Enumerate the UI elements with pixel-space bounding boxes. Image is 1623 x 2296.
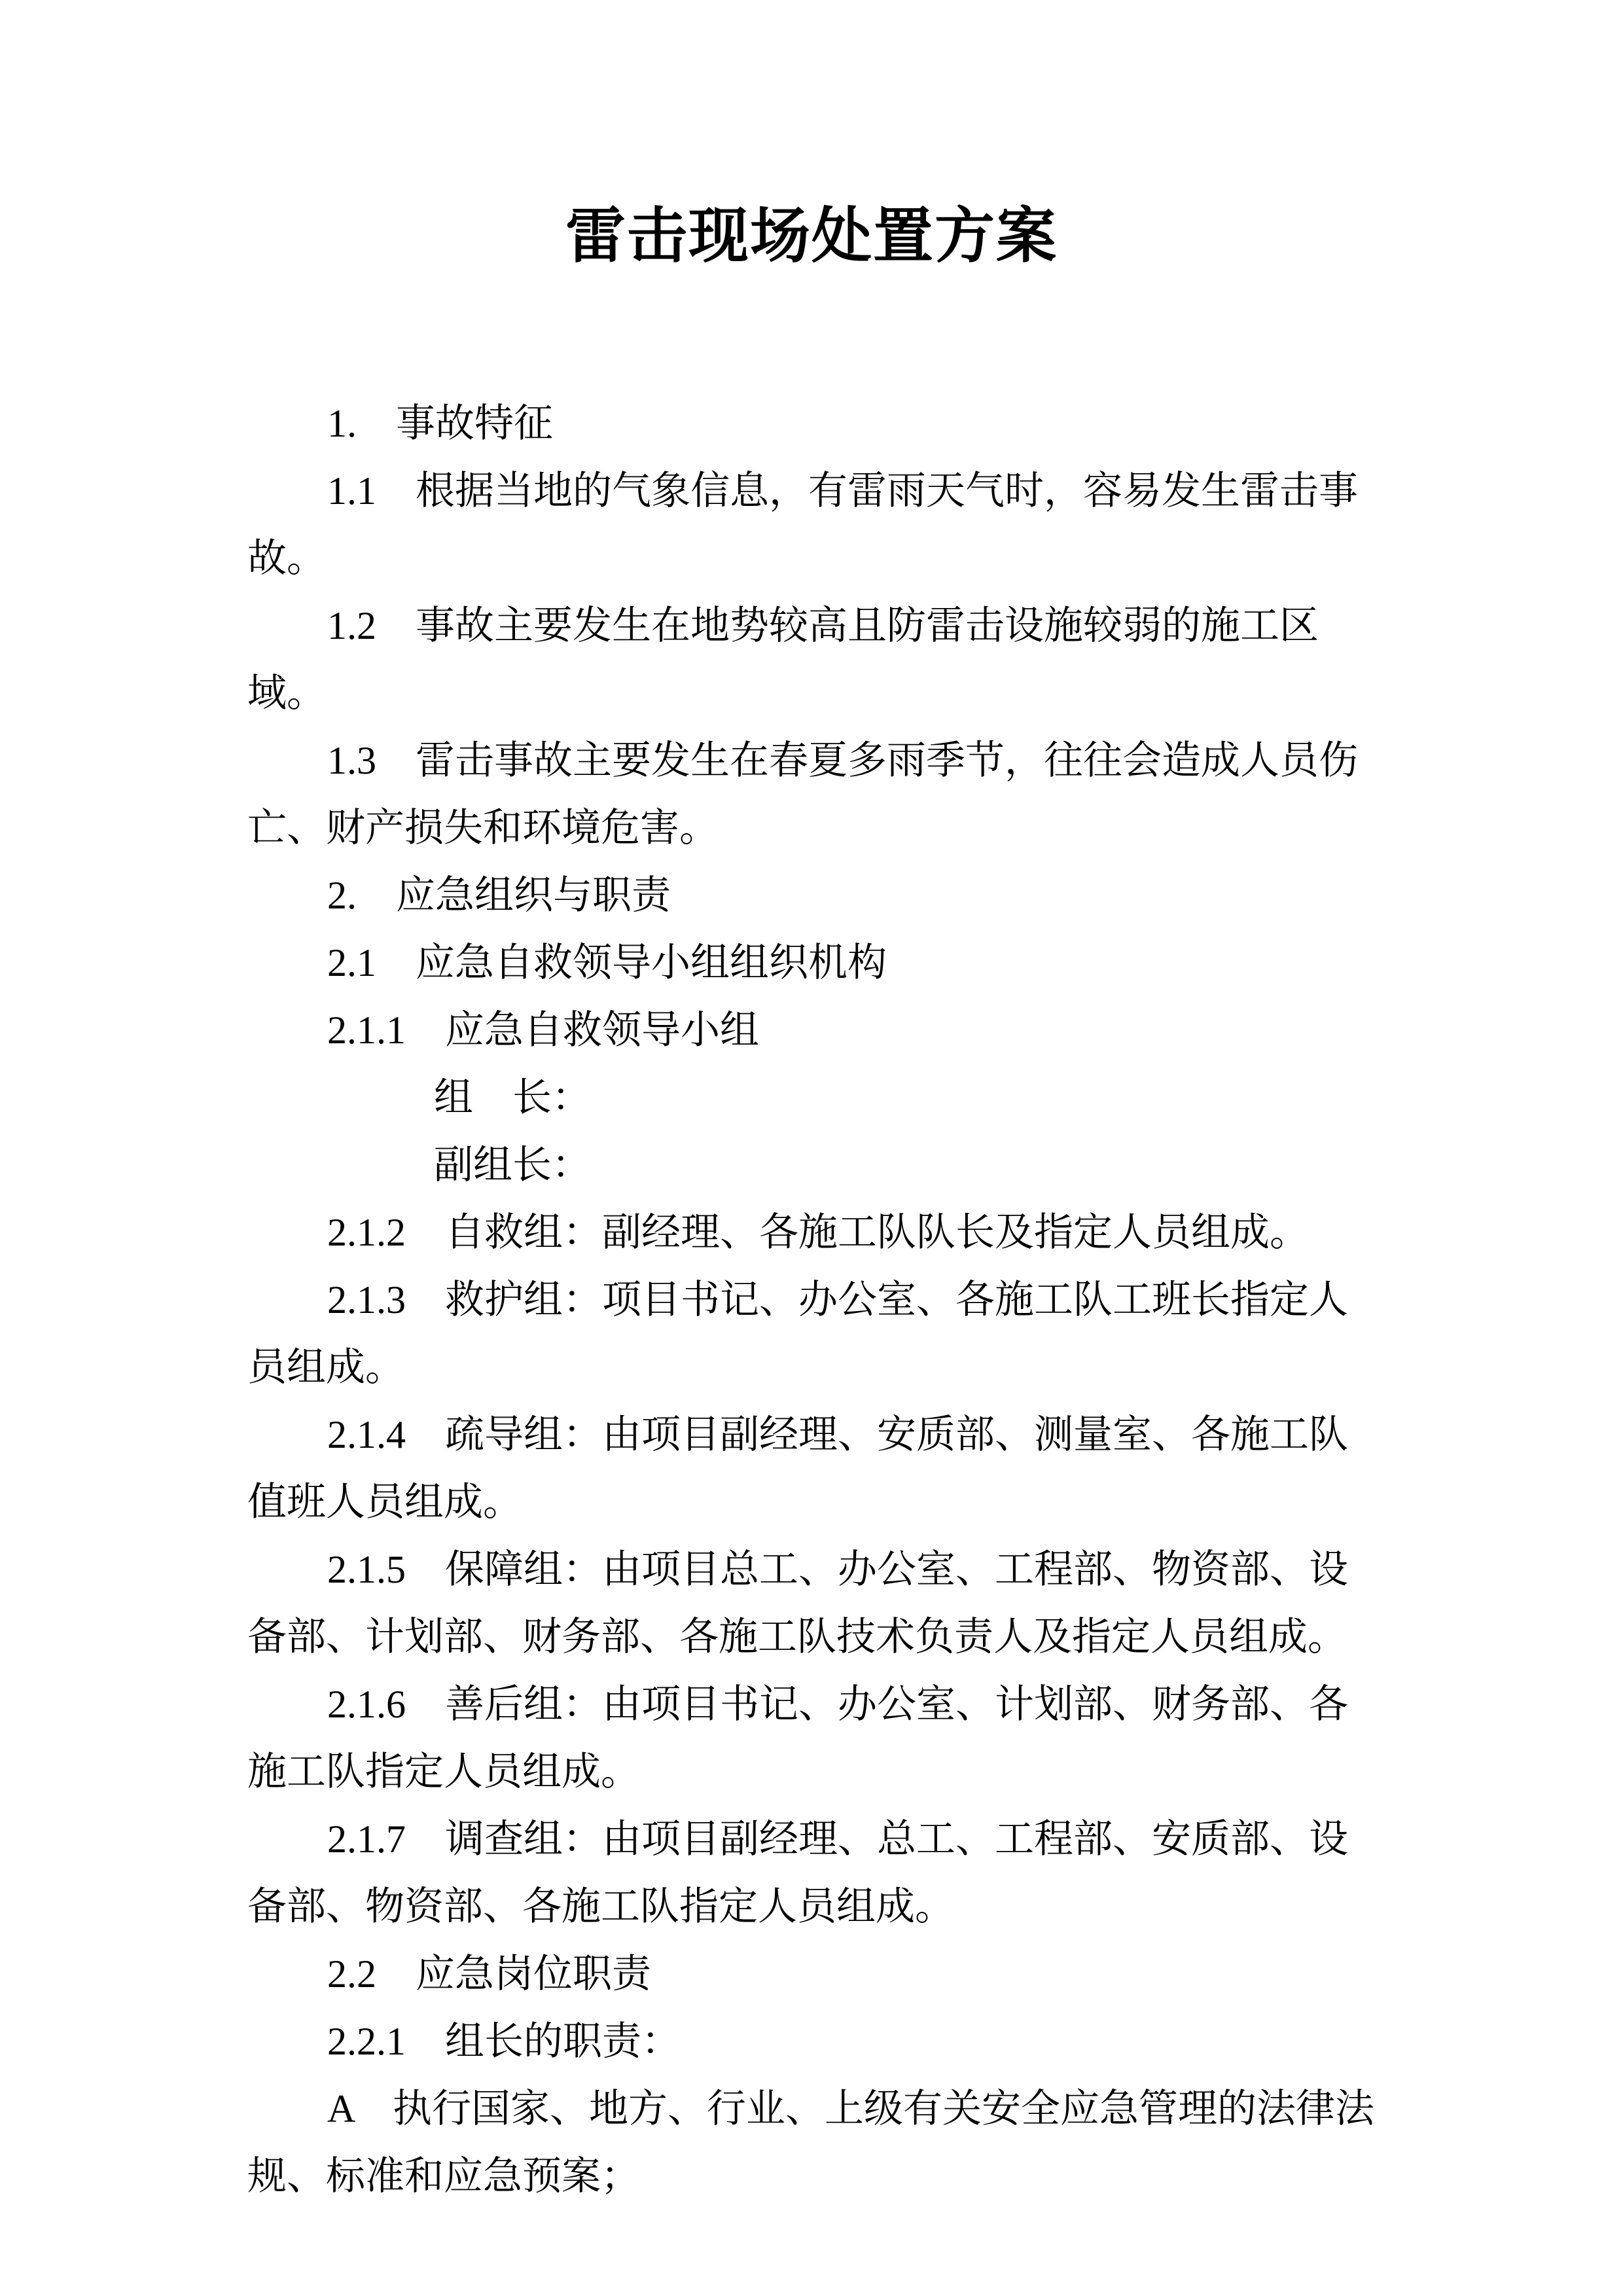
text-line: 亡、财产损失和环境危害。 (247, 795, 1376, 862)
text-line: 2.1.3 救护组：项目书记、办公室、各施工队工班长指定人 (247, 1266, 1376, 1334)
text-line: 1.3 雷击事故主要发生在春夏多雨季节，往往会造成人员伤 (247, 727, 1376, 795)
text-line: 规、标准和应急预案； (247, 2143, 1376, 2210)
text-line: 2.1 应急自救领导小组组织机构 (247, 929, 1376, 997)
document-body: 1. 事故特征1.1 根据当地的气象信息，有雷雨天气时，容易发生雷击事故。1.2… (247, 390, 1376, 2210)
text-line: 2.1.2 自救组：副经理、各施工队队长及指定人员组成。 (247, 1199, 1376, 1266)
text-line: 1. 事故特征 (247, 390, 1376, 457)
text-line: 2.1.5 保障组：由项目总工、办公室、工程部、物资部、设 (247, 1536, 1376, 1604)
text-line: 域。 (247, 660, 1376, 727)
text-line: 2.1.7 调查组：由项目副经理、总工、工程部、安质部、设 (247, 1806, 1376, 1873)
text-line: 备部、物资部、各施工队指定人员组成。 (247, 1873, 1376, 1941)
text-line: 2. 应急组织与职责 (247, 862, 1376, 929)
text-line: 施工队指定人员组成。 (247, 1738, 1376, 1806)
text-line: 故。 (247, 525, 1376, 592)
document-title: 雷击现场处置方案 (0, 198, 1623, 275)
text-line: 2.1.4 疏导组：由项目副经理、安质部、测量室、各施工队 (247, 1401, 1376, 1469)
text-line: A 执行国家、地方、行业、上级有关安全应急管理的法律法 (247, 2075, 1376, 2143)
text-line: 备部、计划部、财务部、各施工队技术负责人及指定人员组成。 (247, 1604, 1376, 1671)
text-line: 2.1.6 善后组：由项目书记、办公室、计划部、财务部、各 (247, 1671, 1376, 1738)
text-line: 2.2.1 组长的职责： (247, 2008, 1376, 2075)
text-line: 2.2 应急岗位职责 (247, 1941, 1376, 2008)
text-line: 组 长： (247, 1064, 1376, 1132)
text-line: 值班人员组成。 (247, 1469, 1376, 1536)
text-line: 2.1.1 应急自救领导小组 (247, 997, 1376, 1064)
text-line: 1.1 根据当地的气象信息，有雷雨天气时，容易发生雷击事 (247, 457, 1376, 525)
text-line: 1.2 事故主要发生在地势较高且防雷击设施较弱的施工区 (247, 592, 1376, 660)
text-line: 副组长： (247, 1132, 1376, 1199)
text-line: 员组成。 (247, 1334, 1376, 1401)
document-page: 雷击现场处置方案 1. 事故特征1.1 根据当地的气象信息，有雷雨天气时，容易发… (0, 0, 1623, 2296)
